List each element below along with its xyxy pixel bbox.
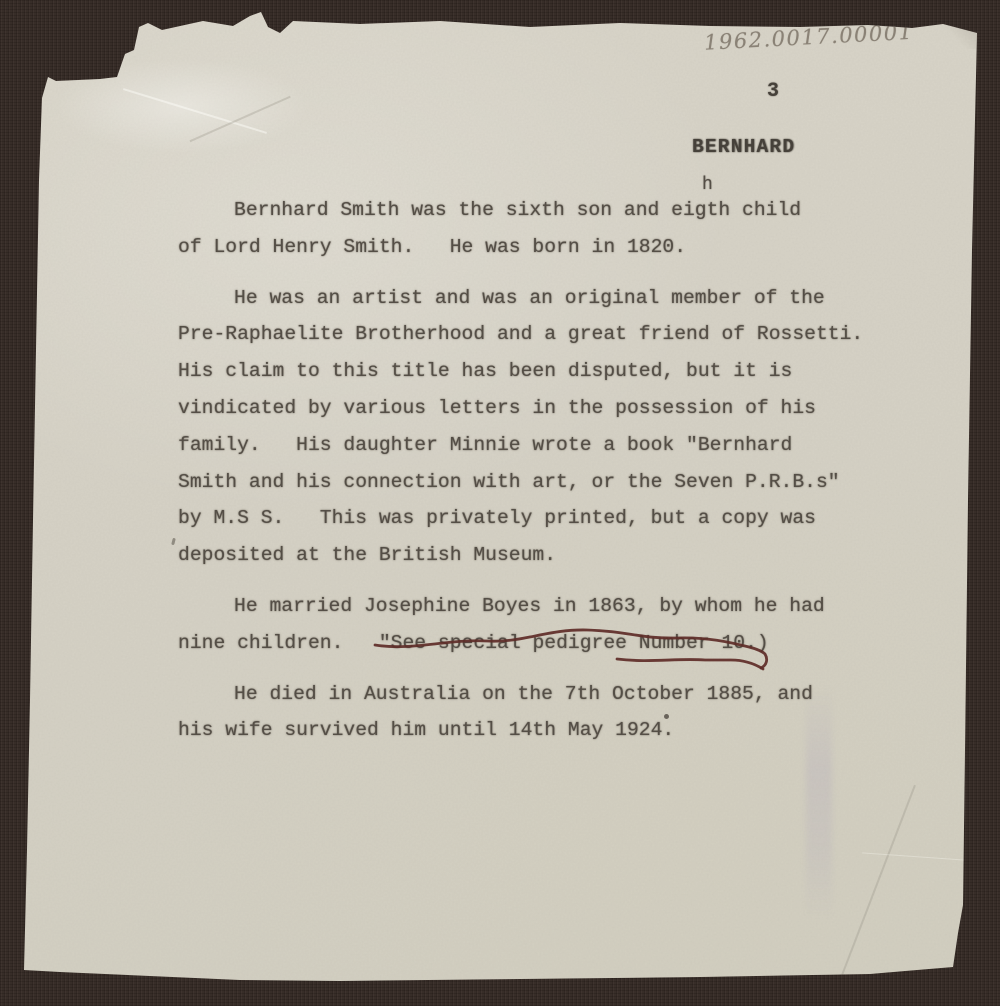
- typed-line-text: nine children.: [178, 632, 379, 654]
- scan-canvas: { "colors": { "background": "#372c27", "…: [0, 0, 1000, 1006]
- typed-line: He was an artist and was an original mem…: [178, 280, 918, 317]
- typed-line: Pre-Raphaelite Brotherhood and a great f…: [178, 316, 918, 353]
- typed-line-text: He was an artist and was an original mem…: [234, 287, 825, 309]
- typed-line: vindicated by various letters in the pos…: [178, 390, 918, 427]
- typed-line-text: He married Josephine Boyes in 1863, by w…: [234, 595, 825, 617]
- typed-line: nine children. "See special pedigree Num…: [178, 625, 918, 662]
- typed-line: He died in Australia on the 7th October …: [178, 676, 918, 713]
- crease-line: [862, 852, 966, 861]
- struck-text: "See special pedigree Number 10.): [379, 625, 769, 662]
- typed-line-text: deposited at the British Museum.: [178, 544, 556, 566]
- torn-paper-sheet: 1962.0017.00001 3 BERNHARD h Bernhard Sm…: [0, 0, 1000, 1006]
- typed-line-text: by M.S S. This was privately printed, bu…: [178, 507, 816, 529]
- typed-line-text: vindicated by various letters in the pos…: [178, 397, 816, 419]
- typed-line: of Lord Henry Smith. He was born in 1820…: [178, 229, 918, 266]
- typed-line: He married Josephine Boyes in 1863, by w…: [178, 588, 918, 625]
- typed-line: family. His daughter Minnie wrote a book…: [178, 427, 918, 464]
- typed-line-text: his wife survived him until 14th May 192…: [178, 719, 674, 741]
- typed-line-text: His claim to this title has been dispute…: [178, 360, 792, 382]
- crease-line: [838, 785, 915, 983]
- typed-line: Smith and his connection with art, or th…: [178, 464, 918, 501]
- typed-line: by M.S S. This was privately printed, bu…: [178, 500, 918, 537]
- typed-line-text: family. His daughter Minnie wrote a book…: [178, 434, 792, 456]
- typed-line-text: Pre-Raphaelite Brotherhood and a great f…: [178, 323, 863, 345]
- page-number: 3: [767, 80, 779, 103]
- typed-line: His claim to this title has been dispute…: [178, 353, 918, 390]
- typed-line-text: Smith and his connection with art, or th…: [178, 471, 840, 493]
- typed-line: his wife survived him until 14th May 192…: [178, 712, 918, 749]
- struck-text-content: "See special pedigree Number 10.): [379, 632, 769, 654]
- typed-text-block: Bernhard Smith was the sixth son and eig…: [178, 192, 918, 749]
- ink-speck: [171, 538, 176, 546]
- typed-line: deposited at the British Museum.: [178, 537, 918, 574]
- typed-line-text: Bernhard Smith was the sixth son and eig…: [234, 199, 801, 221]
- typed-line-text: He died in Australia on the 7th October …: [234, 683, 813, 705]
- typed-line-text: of Lord Henry Smith. He was born in 1820…: [178, 236, 686, 258]
- typed-line: Bernhard Smith was the sixth son and eig…: [178, 192, 918, 229]
- page-heading: BERNHARD: [692, 136, 795, 158]
